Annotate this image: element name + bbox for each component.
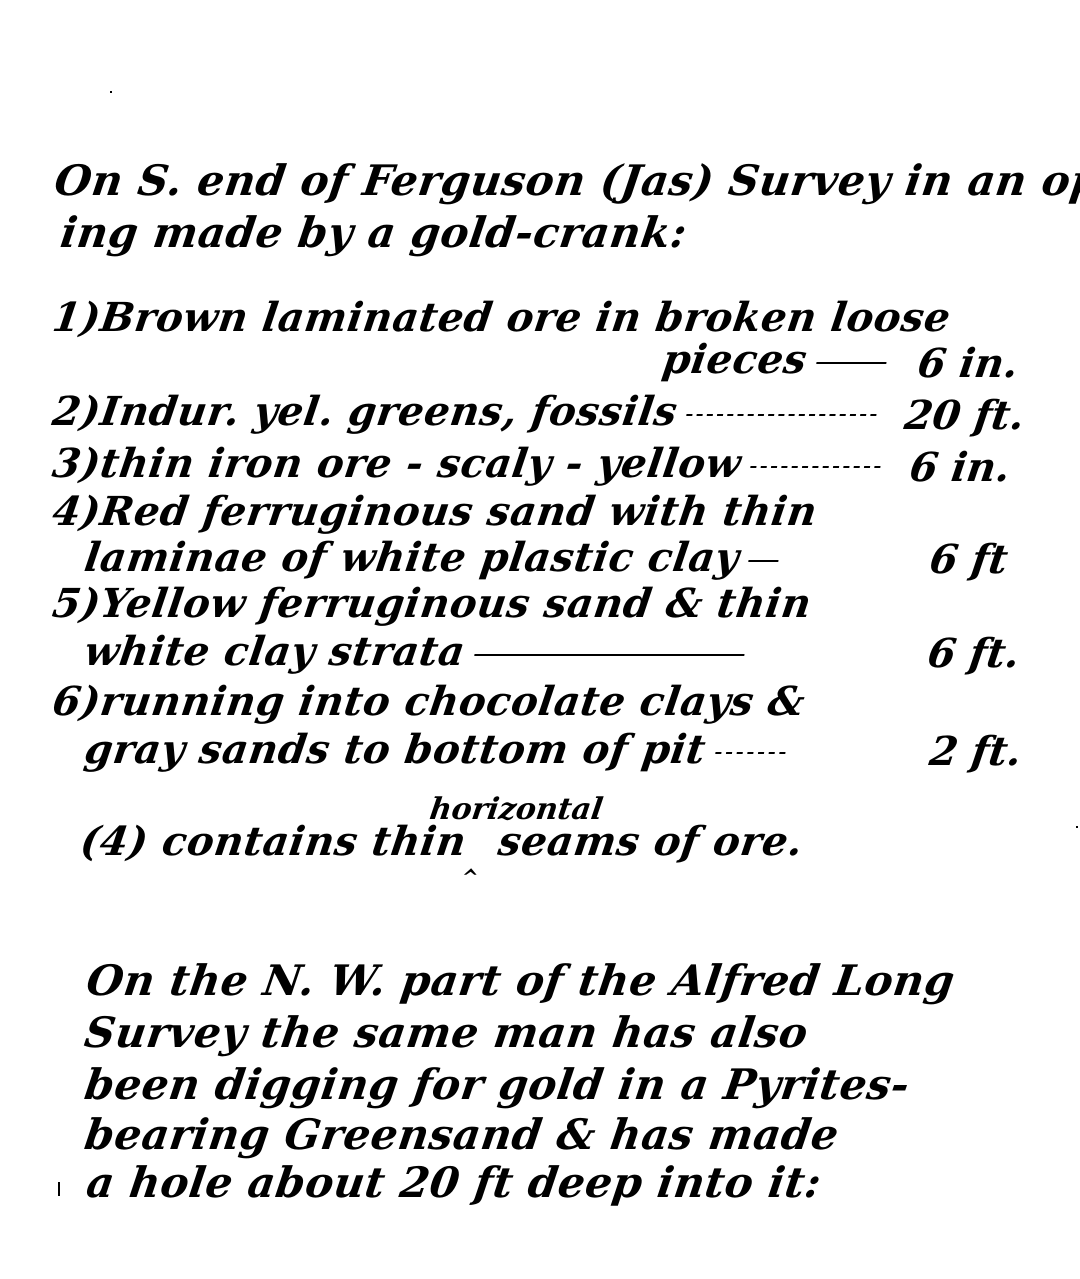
stratum-3-number: 3) bbox=[50, 440, 104, 487]
manuscript-page: On S. end of Ferguson (Jas) Survey in an… bbox=[0, 0, 1080, 1279]
leader-line bbox=[687, 414, 877, 416]
stratum-1: 1)Brown laminated ore in broken loose bbox=[50, 298, 953, 338]
section2-line5: a hole about 20 ft deep into it: bbox=[84, 1162, 824, 1204]
stratum-1-continuation: pieces bbox=[660, 340, 900, 380]
stratum-1-number: 1) bbox=[50, 294, 104, 341]
section2-line4: bearing Greensand & has made bbox=[82, 1114, 841, 1156]
stratum-5-text-line2: white clay strata bbox=[82, 628, 469, 675]
section1-intro-line1: On S. end of Ferguson (Jas) Survey in an… bbox=[52, 160, 1080, 202]
leader-line bbox=[748, 560, 778, 562]
scan-mark bbox=[58, 1182, 60, 1196]
stratum-6-text-line1: running into chocolate clays & bbox=[97, 678, 808, 725]
stratum-4-text-line2: laminae of white plastic clay bbox=[82, 534, 743, 581]
stratum-6-continuation: gray sands to bottom of pit bbox=[82, 730, 798, 770]
stratum-6-text-line2: gray sands to bottom of pit bbox=[82, 726, 709, 773]
insertion-caret: ‸ bbox=[461, 846, 483, 875]
stratum-3-thickness: 6 in. bbox=[907, 444, 1014, 491]
scan-speck bbox=[110, 91, 112, 93]
scan-speck bbox=[1076, 826, 1078, 828]
stratum-4-text-line1: Red ferruginous sand with thin bbox=[97, 488, 820, 535]
stratum-4-number: 4) bbox=[50, 488, 104, 535]
stratum-1-thickness: 6 in. bbox=[915, 340, 1022, 387]
stratum-5-thickness: 6 ft. bbox=[925, 630, 1023, 677]
section2-line1: On the N. W. part of the Alfred Long bbox=[84, 960, 957, 1002]
note-ref: (4) bbox=[78, 818, 152, 865]
note-text-before: contains thin bbox=[159, 818, 469, 865]
section2-line3: been digging for gold in a Pyrites- bbox=[82, 1064, 912, 1106]
stratum-5-number: 5) bbox=[50, 580, 104, 627]
stratum-5: 5)Yellow ferruginous sand & thin bbox=[50, 584, 814, 624]
stratum-4: 4)Red ferruginous sand with thin bbox=[50, 492, 820, 532]
note-line: (4) contains thin‸ seams of ore. bbox=[78, 822, 805, 862]
stratum-3-text: thin iron ore - scaly - yellow bbox=[97, 440, 744, 487]
stratum-6-number: 6) bbox=[50, 678, 104, 725]
section1-intro-line2: ing made by a gold-crank: bbox=[58, 212, 690, 254]
stratum-1-text-line2: pieces bbox=[660, 336, 811, 383]
stratum-4-thickness: 6 ft bbox=[927, 536, 1011, 583]
stratum-1-text-line1: Brown laminated ore in broken loose bbox=[97, 294, 953, 341]
stratum-4-continuation: laminae of white plastic clay bbox=[82, 538, 792, 578]
stratum-6-thickness: 2 ft. bbox=[927, 728, 1025, 775]
section2-line2: Survey the same man has also bbox=[82, 1012, 811, 1054]
stratum-5-text-line1: Yellow ferruginous sand & thin bbox=[97, 580, 814, 627]
stratum-2: 2)Indur. yel. greens, fossils bbox=[50, 392, 890, 432]
leader-line bbox=[474, 654, 744, 656]
stratum-2-thickness: 20 ft. bbox=[902, 392, 1028, 439]
stratum-5-continuation: white clay strata bbox=[82, 632, 758, 672]
stratum-2-text: Indur. yel. greens, fossils bbox=[97, 388, 680, 435]
stratum-3: 3)thin iron ore - scaly - yellow bbox=[50, 444, 894, 484]
stratum-6: 6)running into chocolate clays & bbox=[50, 682, 808, 722]
stratum-2-number: 2) bbox=[50, 388, 104, 435]
leader-line bbox=[715, 752, 785, 754]
leader-line bbox=[750, 466, 880, 468]
leader-line bbox=[816, 362, 886, 364]
note-text-after: seams of ore. bbox=[495, 818, 806, 865]
